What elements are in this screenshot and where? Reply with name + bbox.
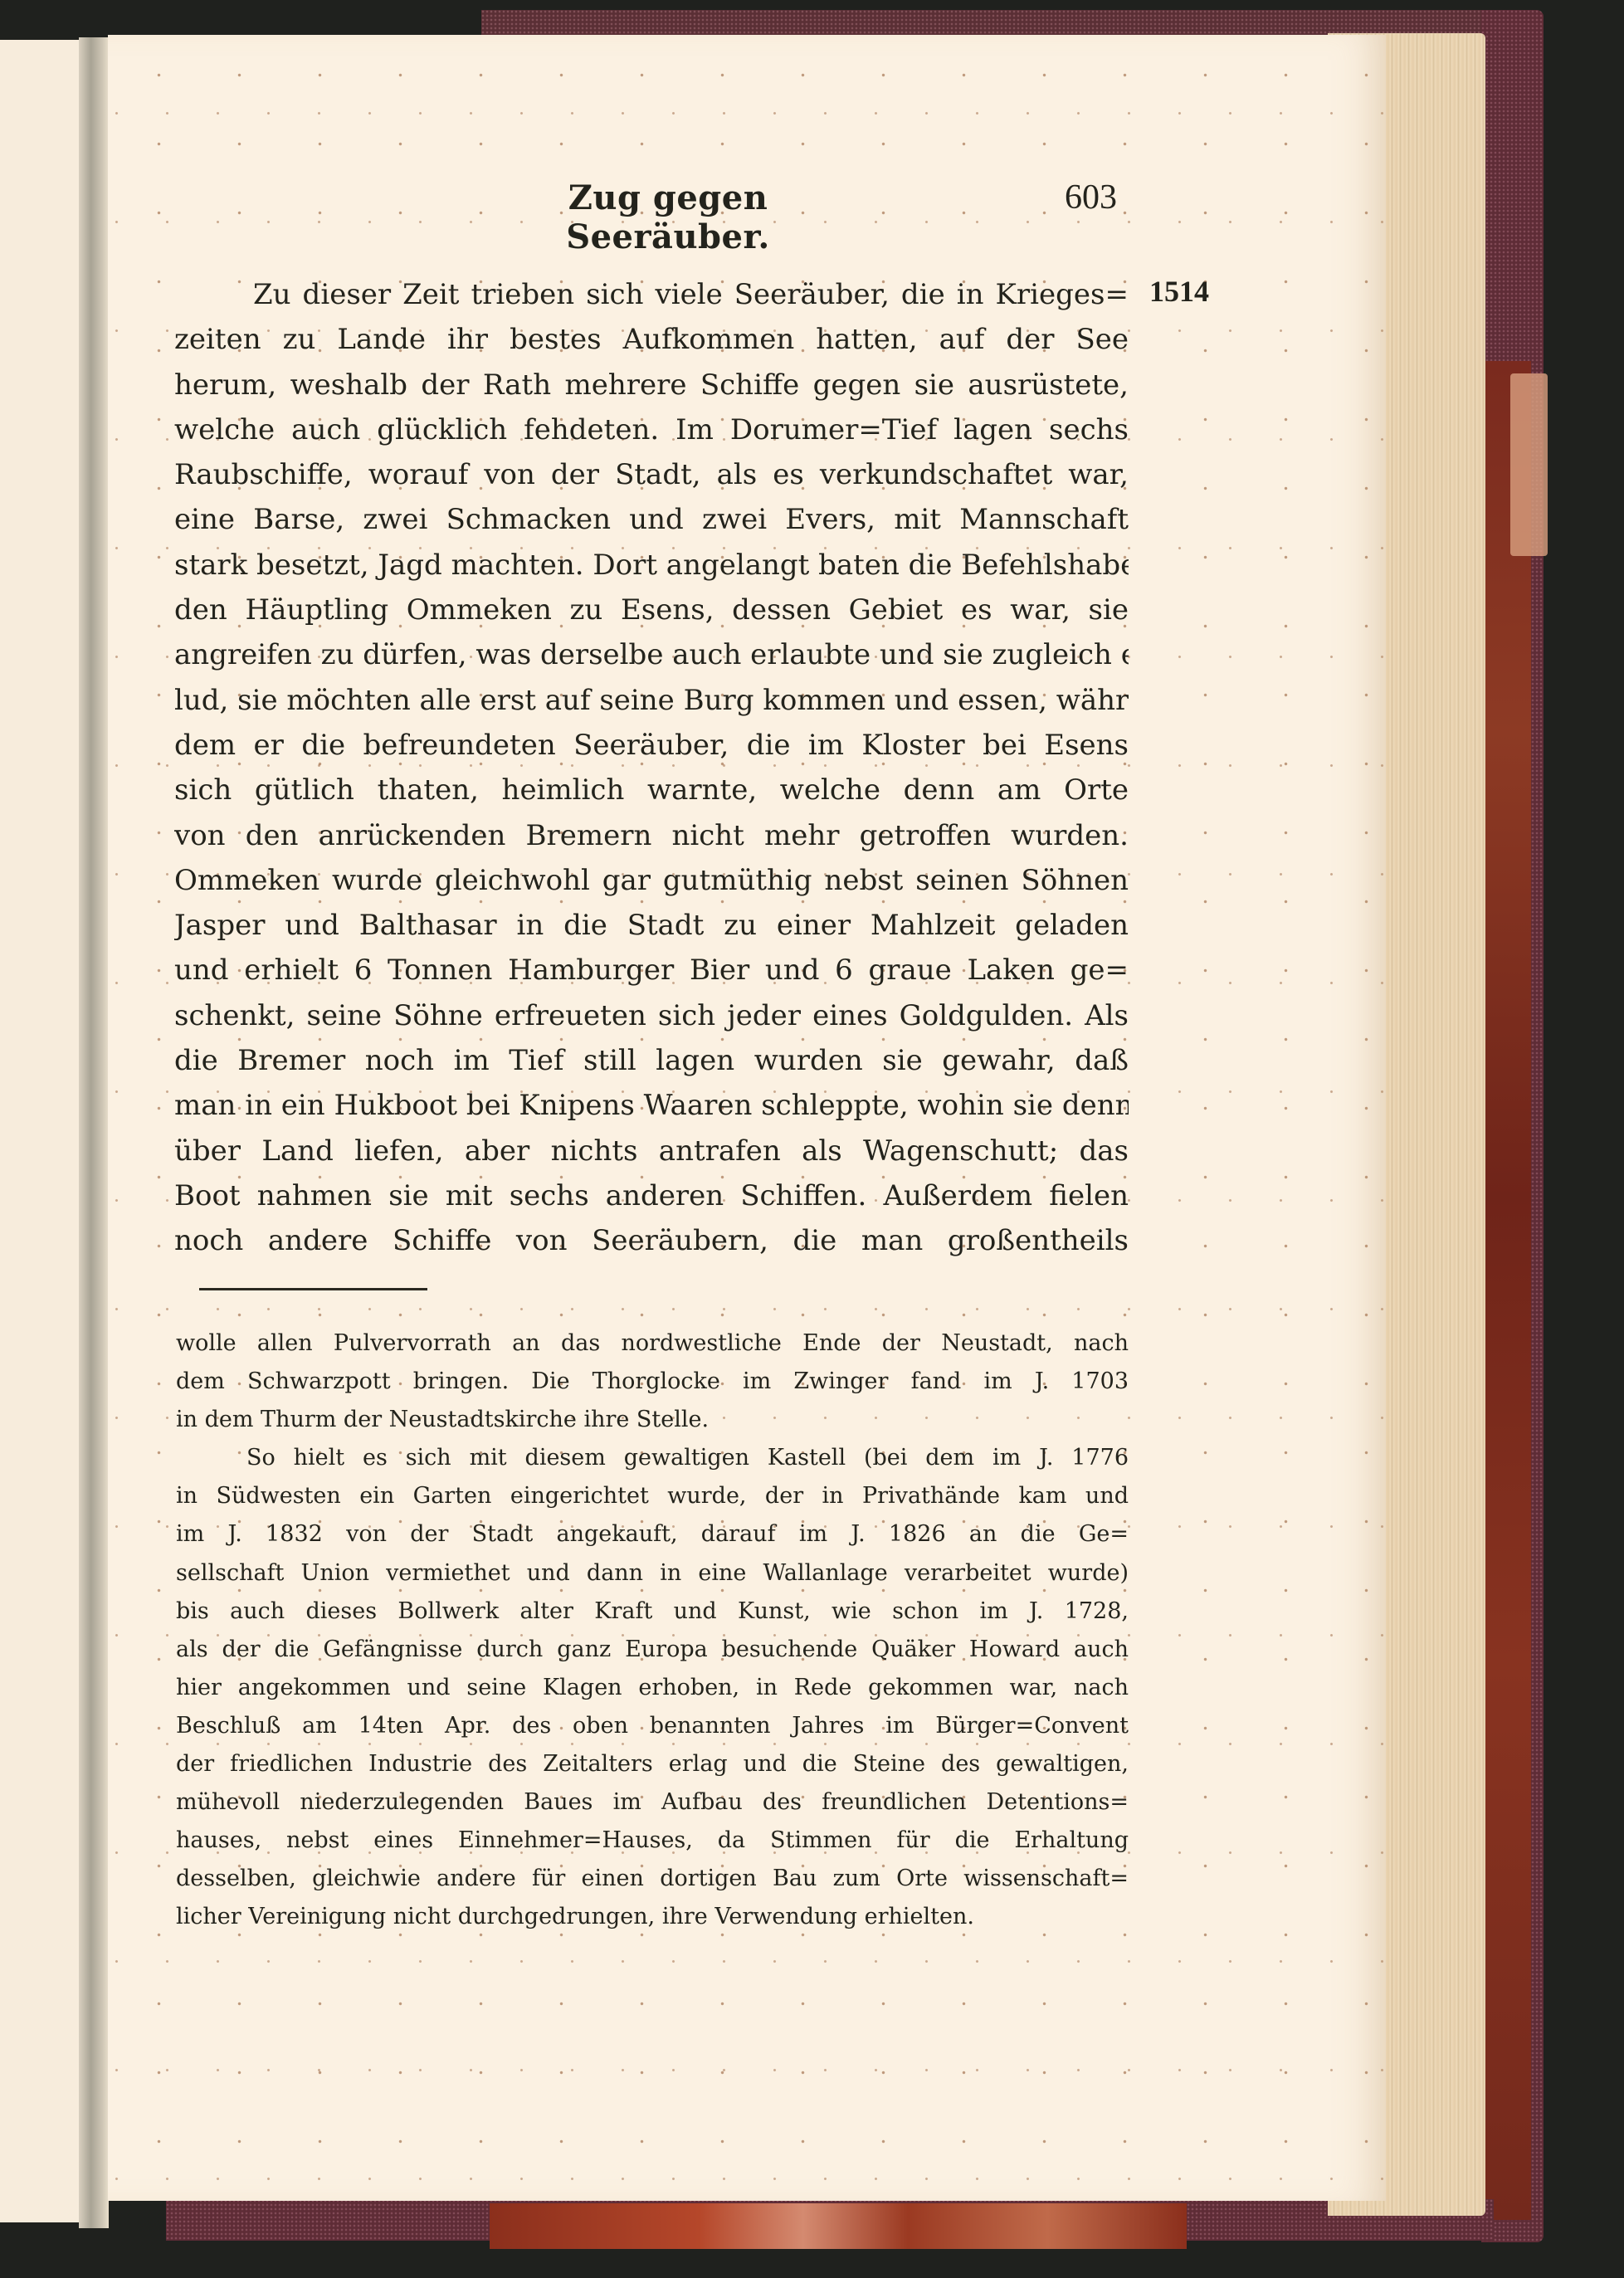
footnote-line: hier angekommen und seine Klagen erhoben… [176,1669,1129,1707]
footnote-line: in Südwesten ein Garten eingerichtet wur… [176,1477,1129,1515]
body-line: schenkt, seine Söhne erfreueten sich jed… [174,993,1129,1038]
page-number: 603 [1065,178,1117,217]
body-line: eine Barse, zwei Schmacken und zwei Ever… [174,497,1129,542]
body-line: angreifen zu dürfen, was derselbe auch e… [174,632,1129,677]
footnote-line: der friedlichen Industrie des Zeitalters… [176,1745,1129,1783]
body-line: Jasper und Balthasar in die Stadt zu ein… [174,903,1129,948]
footnote-line: Beschluß am 14ten Apr. des oben benannte… [176,1707,1129,1745]
body-line: herum, weshalb der Rath mehrere Schiffe … [174,363,1129,407]
body-line: sich gütlich thaten, heimlich warnte, we… [174,768,1129,812]
footnote-line: als der die Gefängnisse durch ganz Europ… [176,1631,1129,1669]
footnote-line: sellschaft Union vermiethet und dann in … [176,1554,1129,1593]
body-line: und erhielt 6 Tonnen Hamburger Bier und … [174,948,1129,993]
footnote-line: wolle allen Pulvervorrath an das nordwes… [176,1324,1129,1363]
torn-paper-tab [1510,373,1548,556]
footnote-line: hauses, nebst eines Einnehmer=Hauses, da… [176,1822,1129,1860]
footnotes: wolle allen Pulvervorrath an das nordwes… [176,1324,1129,1937]
body-line: Zu dieser Zeit trieben sich viele Seeräu… [174,272,1129,317]
body-line: Boot nahmen sie mit sechs anderen Schiff… [174,1173,1129,1218]
running-head: Zug gegen Seeräuber. [461,178,875,256]
footnote-line: bis auch dieses Bollwerk alter Kraft und… [176,1593,1129,1631]
footnote-line: im J. 1832 von der Stadt angekauft, dara… [176,1515,1129,1554]
footnote-separator-rule [199,1288,427,1290]
body-line: dem er die befreundeten Seeräuber, die i… [174,723,1129,768]
body-line: lud, sie möchten alle erst auf seine Bur… [174,678,1129,723]
body-line: über Land liefen, aber nichts antrafen a… [174,1129,1129,1173]
body-line: Ommeken wurde gleichwohl gar gutmüthig n… [174,858,1129,903]
body-line: den Häuptling Ommeken zu Esens, dessen G… [174,588,1129,632]
margin-note-year: 1514 [1149,274,1209,309]
body-line: von den anrückenden Bremern nicht mehr g… [174,813,1129,858]
footnote-line: So hielt es sich mit diesem gewaltigen K… [176,1439,1129,1477]
body-line: Raubschiffe, worauf von der Stadt, als e… [174,452,1129,497]
body-line: welche auch glücklich fehdeten. Im Dorum… [174,407,1129,452]
footnote-line: dem Schwarzpott bringen. Die Thorglocke … [176,1363,1129,1401]
footnote-line: in dem Thurm der Neustadtskirche ihre St… [176,1401,1129,1439]
body-line: man in ein Hukboot bei Knipens Waaren sc… [174,1083,1129,1128]
body-line: zeiten zu Lande ihr bestes Aufkommen hat… [174,317,1129,362]
left-page-edge [0,40,83,2222]
body-line: die Bremer noch im Tief still lagen wurd… [174,1038,1129,1083]
marbled-cover-edge [1485,361,1531,2220]
body-text: Zu dieser Zeit trieben sich viele Seeräu… [174,272,1129,1264]
footnote-line: desselben, gleichwie andere für einen do… [176,1860,1129,1898]
footnote-line: mühevoll niederzulegenden Baues im Aufba… [176,1783,1129,1822]
body-line: noch andere Schiffe von Seeräubern, die … [174,1218,1129,1263]
footnote-line: licher Vereinigung nicht durchgedrungen,… [176,1898,1129,1936]
marbled-cover-bottom [490,2203,1187,2249]
body-line: stark besetzt, Jagd machten. Dort angela… [174,543,1129,588]
book-gutter [79,37,109,2228]
